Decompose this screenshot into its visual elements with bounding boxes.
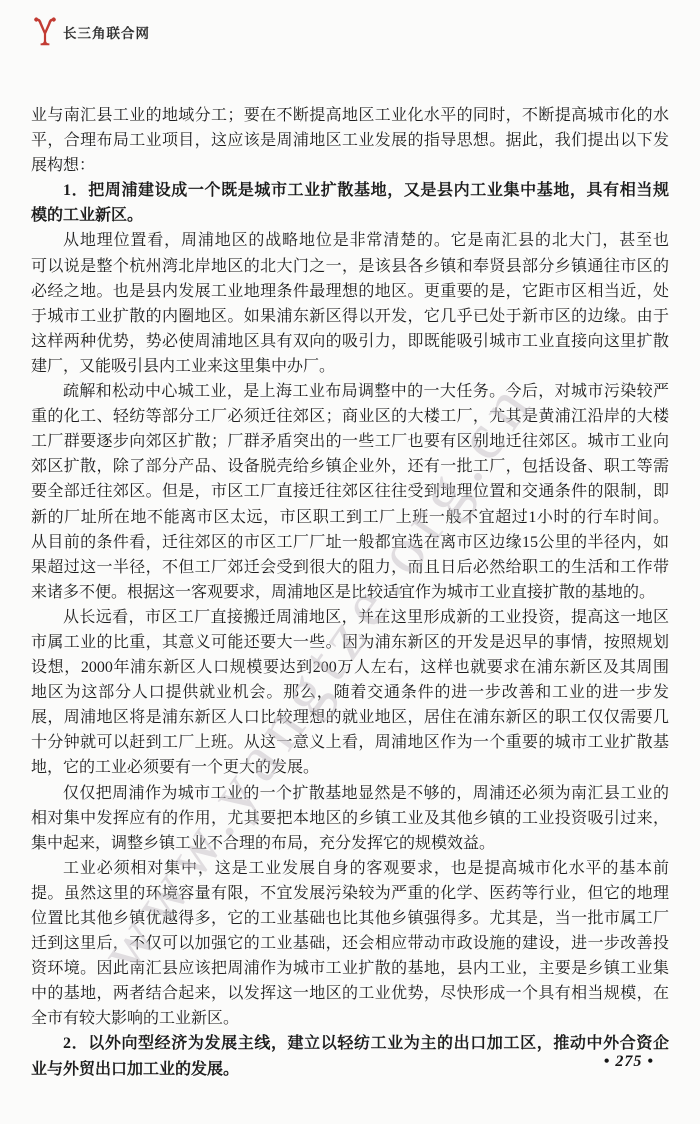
text-line: 设想，2000年浦东新区人口规模要达到200万人左右，这样也就要求在浦东新区及其… [31, 655, 669, 680]
text-line: 必经之地。也是县内发展工业地理条件最理想的地区。更重要的是，它距市区相当近，处 [31, 279, 669, 304]
text-line: 集中起来，调整乡镇工业不合理的布局，充分发挥它的规模效益。 [31, 831, 669, 856]
paragraph: 2．以外向型经济为发展主线，建立以轻纺工业为主的出口加工区，推动中外合资企业与外… [31, 1031, 669, 1081]
paragraph: 从长远看，市区工厂直接搬迁周浦地区，并在这里形成新的工业投资，提高这一地区市属工… [31, 605, 669, 781]
text-line: 要全部迁往郊区。但是，市区工厂直接迁往郊区往往受到地理位置和交通条件的限制，即 [31, 479, 669, 504]
document-body: 业与南汇县工业的地域分工；要在不断提高地区工业化水平的同时，不断提高城市化的水平… [31, 103, 669, 1082]
text-line: 1．把周浦建设成一个既是城市工业扩散基地，又是县内工业集中基地，具有相当规 [31, 178, 669, 203]
text-line: 从地理位置看，周浦地区的战略地位是非常清楚的。它是南汇县的北大门，甚至也 [31, 228, 669, 253]
text-line: 中的基地，两者结合起来，以发挥这一地区的工业优势，尽快形成一个具有相当规模，在 [31, 981, 669, 1006]
text-line: 业与南汇县工业的地域分工；要在不断提高地区工业化水平的同时，不断提高城市化的水 [31, 103, 669, 128]
text-line: 果超过这一半径，不但工厂郊迁会受到很大的阻力，而且日后必然给职工的生活和工作带 [31, 555, 669, 580]
paragraph: 工业必须相对集中，这是工业发展自身的客观要求，也是提高城市化水平的基本前提。虽然… [31, 856, 669, 1032]
page-number: • 275 • [604, 1053, 654, 1071]
paragraph: 从地理位置看，周浦地区的战略地位是非常清楚的。它是南汇县的北大门，甚至也可以说是… [31, 228, 669, 379]
text-line: 资环境。因此南汇县应该把周浦作为城市工业扩散的基地，县内工业，主要是乡镇工业集 [31, 956, 669, 981]
text-line: 来诸多不便。根据这一客观要求，周浦地区是比较适宜作为城市工业直接扩散的基地的。 [31, 580, 669, 605]
text-line: 展构想： [31, 153, 669, 178]
text-line: 业与外贸出口加工业的发展。 [31, 1057, 669, 1082]
text-line: 平，合理布局工业项目，这应该是周浦地区工业发展的指导思想。据此，我们提出以下发 [31, 128, 669, 153]
text-line: 疏解和松动中心城工业，是上海工业布局调整中的一大任务。今后，对城市污染较严 [31, 379, 669, 404]
text-line: 位置比其他乡镇优越得多，它的工业基础也比其他乡镇强得多。尤其是，当一批市属工厂 [31, 906, 669, 931]
text-line: 从长远看，市区工厂直接搬迁周浦地区，并在这里形成新的工业投资，提高这一地区 [31, 605, 669, 630]
text-line: 新的厂址所在地不能离市区太远，市区职工到工厂上班一般不宜超过1小时的行车时间。 [31, 505, 669, 530]
text-line: 从目前的条件看，迁往郊区的市区工厂厂址一般都宜选在离市区边缘15公里的半径内，如 [31, 530, 669, 555]
text-line: 提。虽然这里的环境容量有限，不宜发展污染较为严重的化学、医药等行业，但它的地理 [31, 881, 669, 906]
text-line: 相对集中发挥应有的作用，尤其要把本地区的乡镇工业及其他乡镇的工业投资吸引过来， [31, 806, 669, 831]
text-line: 市属工业的比重，其意义可能还要大一些。因为浦东新区的开发是迟早的事情，按照规划 [31, 630, 669, 655]
paragraph: 疏解和松动中心城工业，是上海工业布局调整中的一大任务。今后，对城市污染较严重的化… [31, 379, 669, 605]
text-line: 地区为这部分人口提供就业机会。那么，随着交通条件的进一步改善和工业的进一步发 [31, 680, 669, 705]
text-line: 郊区扩散，除了部分产品、设备脱壳给乡镇企业外，还有一批工厂，包括设备、职工等需 [31, 454, 669, 479]
text-line: 于城市工业扩散的内圈地区。如果浦东新区得以开发，它几乎已处于新市区的边缘。由于 [31, 304, 669, 329]
text-line: 全市有较大影响的工业新区。 [31, 1006, 669, 1031]
site-header-logo[interactable]: 长三角联合网 [34, 14, 150, 50]
text-line: 建厂，又能吸引县内工业来这里集中办厂。 [31, 354, 669, 379]
text-line: 展，周浦地区将是浦东新区人口比较理想的就业地区，居住在浦东新区的职工仅仅需要几 [31, 705, 669, 730]
text-line: 可以说是整个杭州湾北岸地区的北大门之一，是该县各乡镇和奉贤县部分乡镇通往市区的 [31, 254, 669, 279]
scanned-document-page: { "header": { "site_name": "长三角联合网" }, "… [0, 0, 700, 1124]
text-line: 迁到这里后，不仅可以加强它的工业基础，还会相应带动市政设施的建设，进一步改善投 [31, 931, 669, 956]
text-line: 重的化工、轻纺等部分工厂必须迁往郊区；商业区的大楼工厂，尤其是黄浦江沿岸的大楼 [31, 404, 669, 429]
text-line: 十分钟就可以赶到工厂上班。从这一意义上看，周浦地区作为一个重要的城市工业扩散基 [31, 730, 669, 755]
site-name: 长三角联合网 [63, 22, 150, 42]
paragraph: 业与南汇县工业的地域分工；要在不断提高地区工业化水平的同时，不断提高城市化的水平… [31, 103, 669, 178]
text-line: 这样两种优势，势必使周浦地区具有双向的吸引力，即既能吸引城市工业直接向这里扩散 [31, 329, 669, 354]
paragraph: 仅仅把周浦作为城市工业的一个扩散基地显然是不够的，周浦还必须为南汇县工业的相对集… [31, 781, 669, 856]
paragraph: 1．把周浦建设成一个既是城市工业扩散基地，又是县内工业集中基地，具有相当规模的工… [31, 178, 669, 228]
text-line: 模的工业新区。 [31, 203, 669, 228]
text-line: 工厂群要逐步向郊区扩散；厂群矛盾突出的一些工厂也要有区别地迁往郊区。城市工业向 [31, 429, 669, 454]
text-line: 仅仅把周浦作为城市工业的一个扩散基地显然是不够的，周浦还必须为南汇县工业的 [31, 781, 669, 806]
text-line: 地，它的工业必须要有一个更大的发展。 [31, 755, 669, 780]
text-line: 2．以外向型经济为发展主线，建立以轻纺工业为主的出口加工区，推动中外合资企 [31, 1031, 669, 1056]
yangtze-delta-logo-icon [34, 15, 56, 49]
text-line: 工业必须相对集中，这是工业发展自身的客观要求，也是提高城市化水平的基本前 [31, 856, 669, 881]
